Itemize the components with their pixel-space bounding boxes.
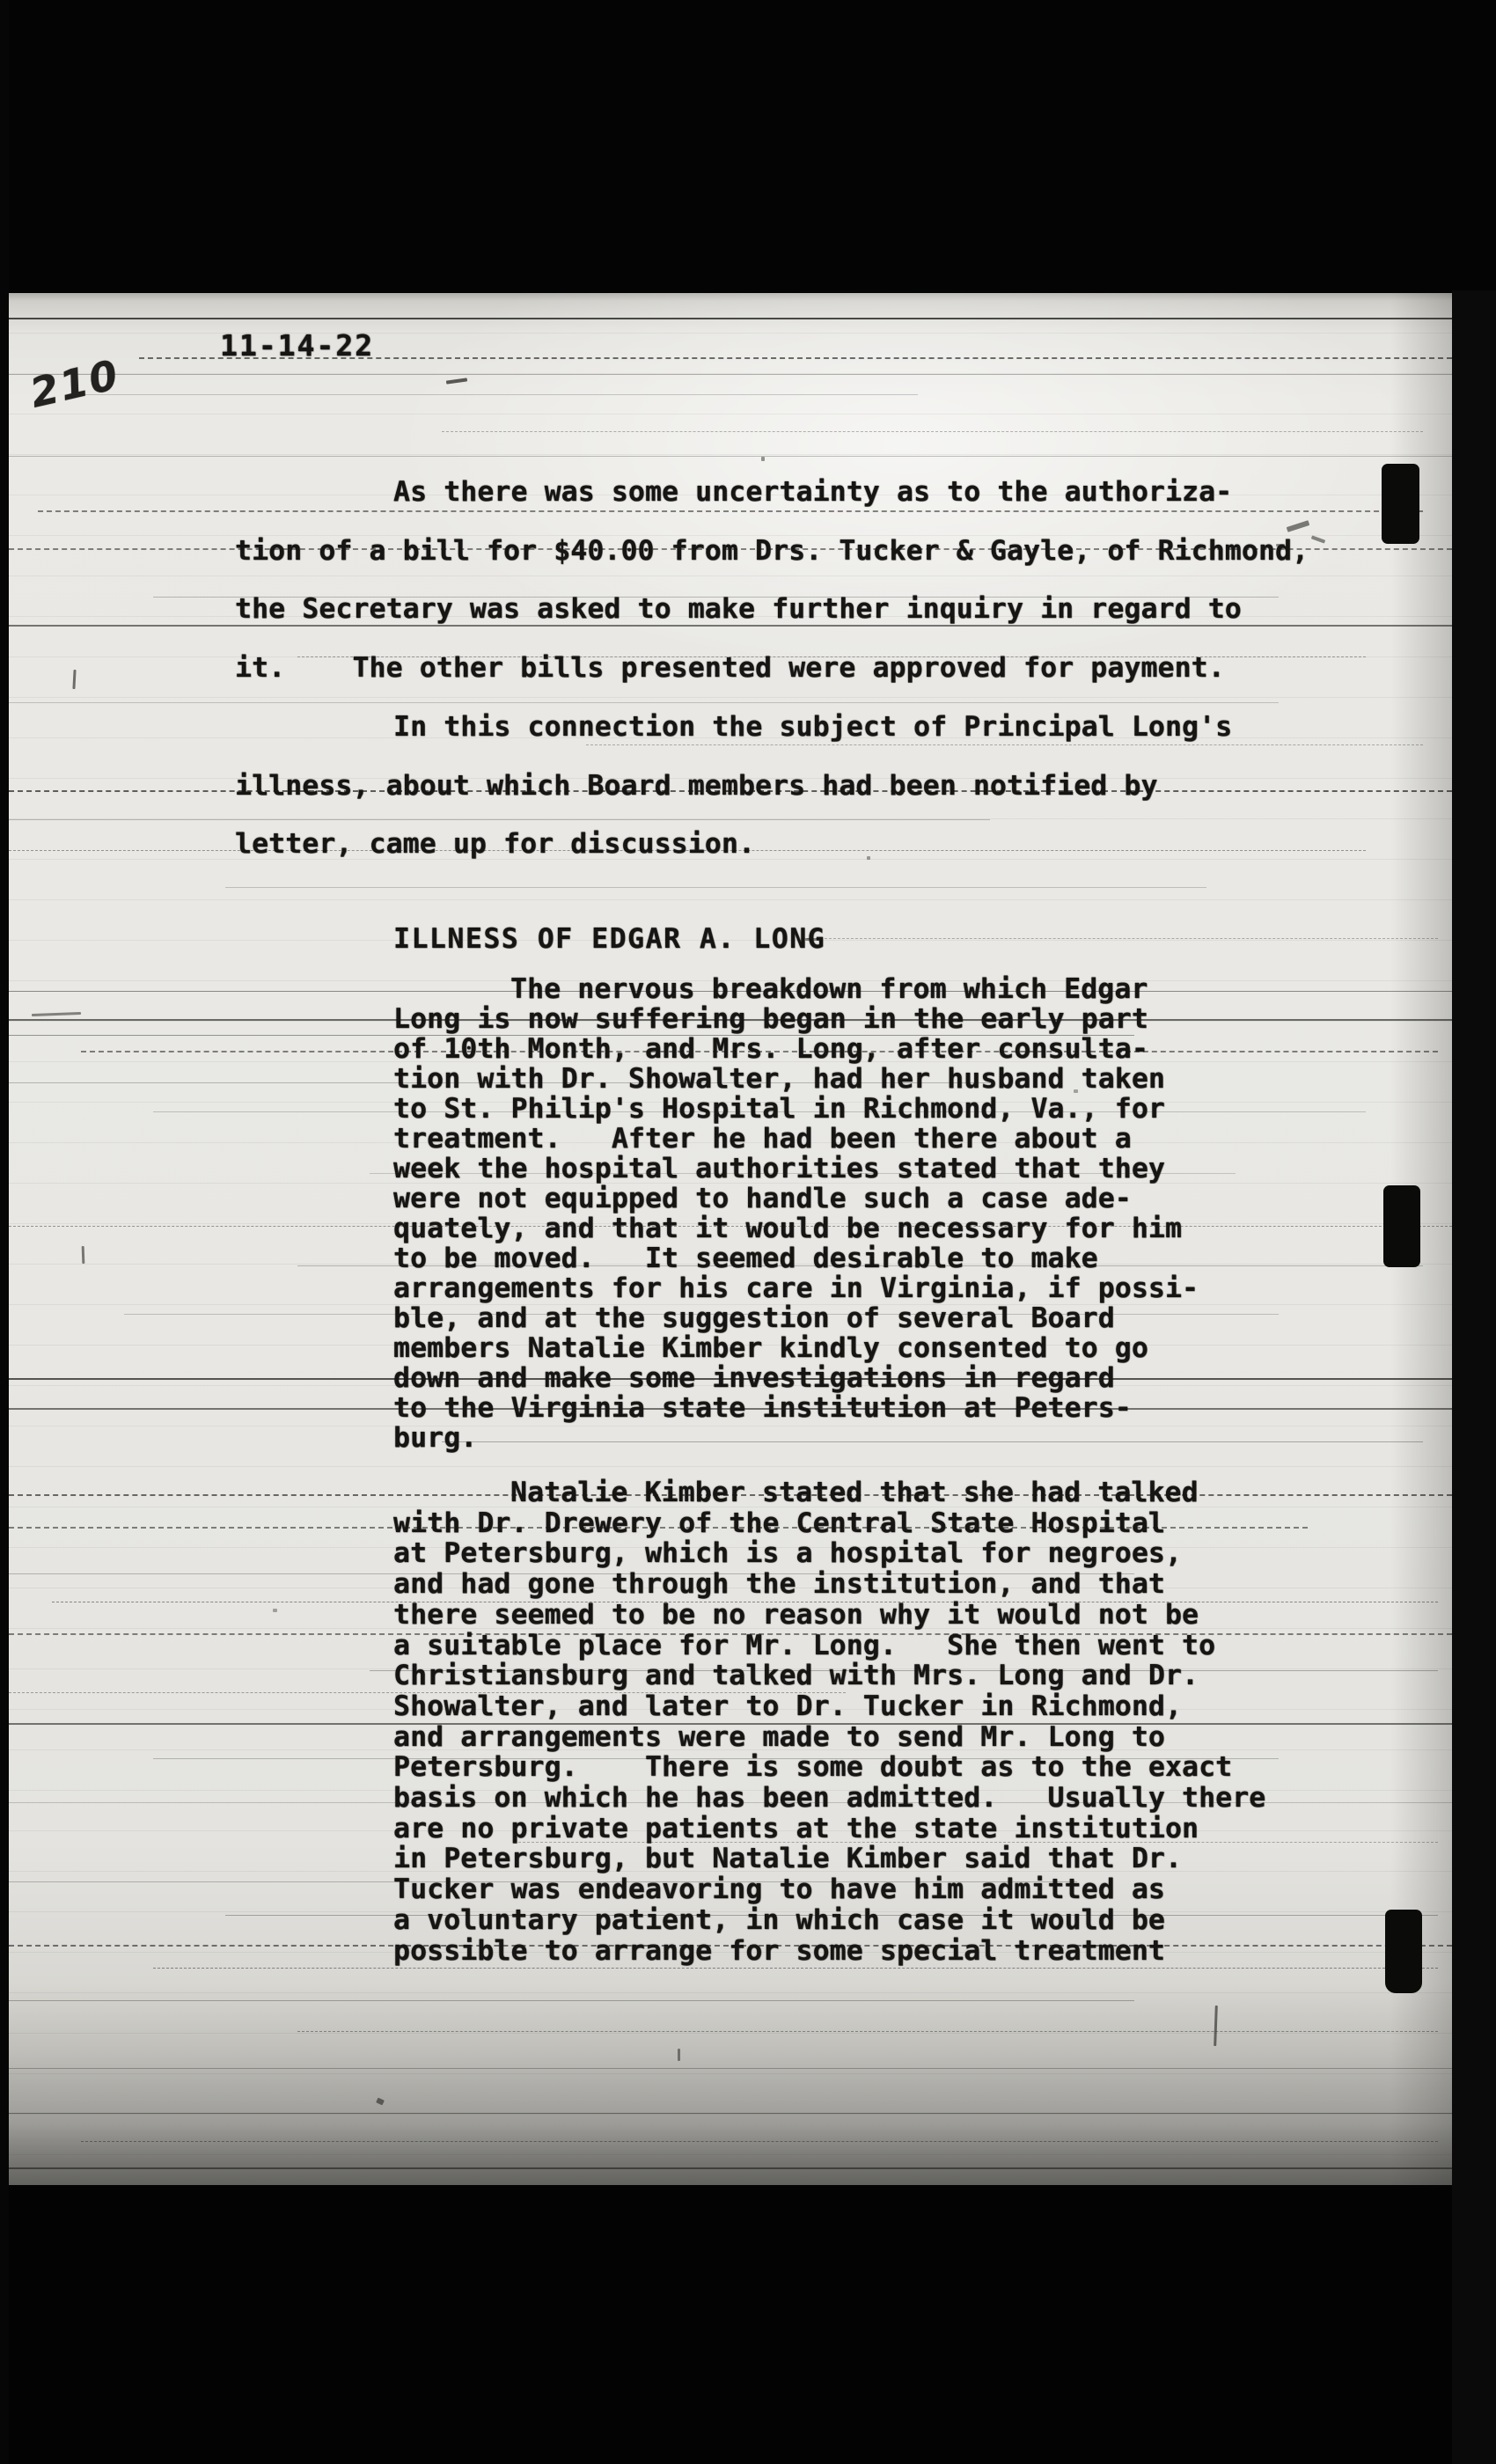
ink-speck [376, 2098, 385, 2106]
ruled-line [442, 431, 1423, 432]
paragraph-bills: As there was some uncertainty as to the … [235, 463, 1309, 697]
ruled-line [9, 2068, 1452, 2069]
ink-speck [32, 1012, 81, 1016]
ruled-line [225, 887, 1206, 888]
paragraph-breakdown: The nervous breakdown from which Edgar L… [393, 974, 1199, 1453]
ink-speck [1311, 535, 1325, 543]
ink-speck [446, 378, 467, 384]
ruled-line [153, 1968, 1438, 1969]
film-border-top [0, 0, 1496, 293]
section-heading: ILLNESS OF EDGAR A. LONG [393, 926, 825, 952]
ruled-line [81, 2141, 1438, 2142]
ink-speck [678, 2049, 680, 2061]
ruled-line [9, 2167, 1452, 2169]
film-mark [1385, 1910, 1422, 1993]
date-heading: 11-14-22 [220, 330, 374, 362]
ruled-line [81, 394, 918, 395]
ink-speck [273, 1609, 277, 1612]
ink-speck [761, 457, 765, 461]
film-border-left [0, 0, 9, 2464]
scanned-document-page: 11-14-22 210 As there was some uncertain… [0, 0, 1496, 2464]
film-border-right [1452, 290, 1496, 2464]
ruled-line [9, 2113, 1452, 2114]
handwritten-page-number: 210 [26, 350, 124, 417]
film-mark [1382, 464, 1419, 544]
ruled-line [9, 318, 1452, 319]
paragraph-kimber-report: Natalie Kimber stated that she had talke… [393, 1478, 1265, 1966]
ruled-line [803, 938, 1438, 939]
ruled-line [9, 2000, 1134, 2001]
ruled-line [9, 456, 1452, 457]
paragraph-illness-intro: In this connection the subject of Princi… [235, 698, 1232, 874]
ruled-line [297, 2031, 1438, 2032]
ink-speck [72, 670, 76, 689]
ink-speck [82, 1246, 85, 1264]
ink-speck [1214, 2006, 1218, 2046]
ruled-line [9, 374, 1452, 375]
film-border-bottom [0, 2185, 1496, 2464]
film-mark [1383, 1185, 1420, 1267]
paper-sheet: 11-14-22 210 As there was some uncertain… [9, 293, 1452, 2185]
